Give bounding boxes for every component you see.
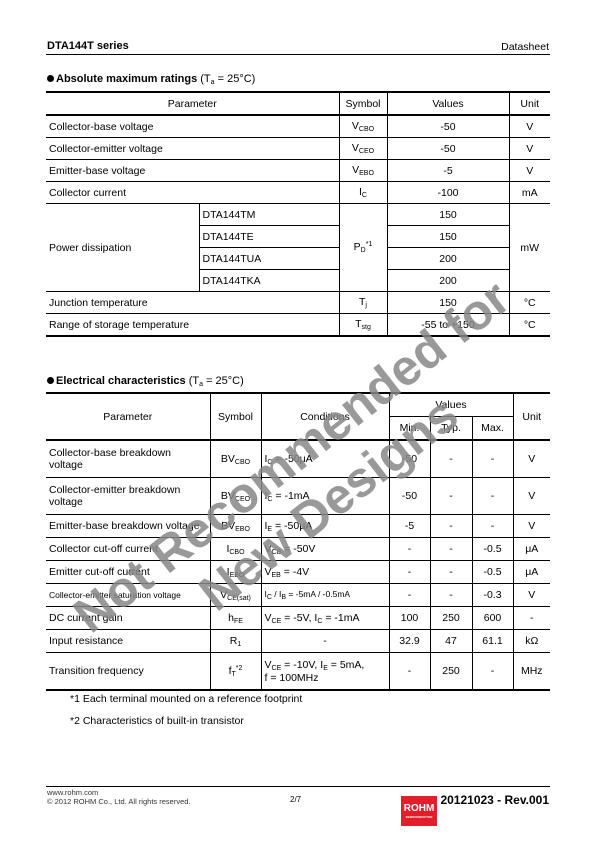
header-divider <box>46 54 550 55</box>
typ-cell: - <box>430 584 472 607</box>
part-number-cell: DTA144TKA <box>199 270 339 292</box>
absolute-max-ratings-table: Parameter Symbol Values Unit Collector-b… <box>46 91 550 337</box>
min-cell: - <box>389 584 430 607</box>
footnote-1: *1 Each terminal mounted on a reference … <box>70 693 302 705</box>
unit-cell: mA <box>509 182 550 204</box>
min-cell: 100 <box>389 607 430 630</box>
elec-section-title: Electrical characteristics (Ta = 25°C) <box>47 375 244 388</box>
table-row: Junction temperature Tj 150 °C <box>46 292 550 314</box>
typ-cell: 47 <box>430 630 472 653</box>
col-parameter: Parameter <box>46 92 339 115</box>
rohm-logo: ROHM SEMICONDUCTOR <box>401 796 437 826</box>
revision-label: 20121023 - Rev.001 <box>440 793 549 807</box>
unit-cell: °C <box>509 314 550 337</box>
parameter-cell: DC current gain <box>46 607 210 630</box>
table-row: Power dissipationDTA144TMPD*1150mW <box>46 204 550 226</box>
unit-cell: V <box>513 584 550 607</box>
unit-cell: kΩ <box>513 630 550 653</box>
table-row: Collector-base voltage VCBO -50 V <box>46 115 550 138</box>
value-cell: -55 to +150 <box>387 314 509 337</box>
symbol-cell: VCE(sat) <box>210 584 261 607</box>
col-conditions: Conditions <box>261 393 389 440</box>
abs-max-section-title: Absolute maximum ratings (Ta = 25°C) <box>47 73 255 86</box>
max-cell: - <box>472 478 513 515</box>
value-cell: 150 <box>387 204 509 226</box>
col-parameter: Parameter <box>46 393 210 440</box>
col-unit: Unit <box>513 393 550 440</box>
symbol-cell: VCEO <box>339 138 387 160</box>
max-cell: - <box>472 440 513 478</box>
conditions-cell: IC = -1mA <box>261 478 389 515</box>
unit-cell: μA <box>513 561 550 584</box>
symbol-cell: IEBO <box>210 561 261 584</box>
min-cell: - <box>389 538 430 561</box>
part-number-cell: DTA144TUA <box>199 248 339 270</box>
symbol-cell: R1 <box>210 630 261 653</box>
col-max: Max. <box>472 417 513 441</box>
table-row: Emitter cut-off current IEBO VEB = -4V -… <box>46 561 550 584</box>
footer-url[interactable]: www.rohm.com <box>47 788 191 797</box>
col-values: Values <box>389 393 513 417</box>
unit-cell: - <box>513 607 550 630</box>
footer-copyright: © 2012 ROHM Co., Ltd. All rights reserve… <box>47 797 191 806</box>
max-cell: -0.3 <box>472 584 513 607</box>
value-cell: -100 <box>387 182 509 204</box>
min-cell: -50 <box>389 478 430 515</box>
col-unit: Unit <box>509 92 550 115</box>
unit-cell: V <box>509 160 550 182</box>
parameter-cell: Collector-emitter saturation voltage <box>46 584 210 607</box>
max-cell: 61.1 <box>472 630 513 653</box>
table-row: Collector cut-off current ICBO VCB = -50… <box>46 538 550 561</box>
typ-cell: 250 <box>430 607 472 630</box>
symbol-cell: ICBO <box>210 538 261 561</box>
value-cell: -50 <box>387 115 509 138</box>
conditions-cell: - <box>261 630 389 653</box>
table-header-row: Parameter Symbol Conditions Values Unit <box>46 393 550 417</box>
conditions-cell: VCB = -50V <box>261 538 389 561</box>
bullet-icon <box>47 75 54 82</box>
unit-cell: V <box>509 138 550 160</box>
parameter-cell: Collector-emitter voltage <box>46 138 339 160</box>
max-cell: 600 <box>472 607 513 630</box>
conditions-cell: IC = -50μA <box>261 440 389 478</box>
parameter-cell: Range of storage temperature <box>46 314 339 337</box>
symbol-cell: Tj <box>339 292 387 314</box>
part-number-cell: DTA144TM <box>199 204 339 226</box>
max-cell: - <box>472 515 513 538</box>
part-number-cell: DTA144TE <box>199 226 339 248</box>
symbol-cell: Tstg <box>339 314 387 337</box>
unit-cell: V <box>513 478 550 515</box>
col-symbol: Symbol <box>210 393 261 440</box>
unit-cell: mW <box>509 204 550 292</box>
document-series-title: DTA144T series <box>47 40 129 52</box>
typ-cell: - <box>430 478 472 515</box>
table-row: Collector-emitter breakdown voltage BVCE… <box>46 478 550 515</box>
document-type-label: Datasheet <box>501 41 549 53</box>
footer-divider <box>46 786 550 787</box>
max-cell: - <box>472 653 513 691</box>
parameter-cell: Input resistance <box>46 630 210 653</box>
table-row: Range of storage temperature Tstg -55 to… <box>46 314 550 337</box>
table-row: Collector-emitter voltage VCEO -50 V <box>46 138 550 160</box>
symbol-cell: IC <box>339 182 387 204</box>
parameter-cell: Junction temperature <box>46 292 339 314</box>
min-cell: -50 <box>389 440 430 478</box>
table-row: Transition frequency fT*2 VCE = -10V, IE… <box>46 653 550 691</box>
unit-cell: μA <box>513 538 550 561</box>
bullet-icon <box>47 377 54 384</box>
conditions-cell: VEB = -4V <box>261 561 389 584</box>
table-row: Collector current IC -100 mA <box>46 182 550 204</box>
symbol-cell: BVCBO <box>210 440 261 478</box>
footnote-2: *2 Characteristics of built-in transisto… <box>70 715 244 727</box>
min-cell: 32.9 <box>389 630 430 653</box>
symbol-cell: PD*1 <box>339 204 387 292</box>
table-row: Input resistance R1 - 32.9 47 61.1 kΩ <box>46 630 550 653</box>
parameter-cell: Emitter cut-off current <box>46 561 210 584</box>
table-row: Collector-emitter saturation voltage VCE… <box>46 584 550 607</box>
unit-cell: V <box>513 440 550 478</box>
parameter-cell: Collector-base breakdown voltage <box>46 440 210 478</box>
typ-cell: - <box>430 538 472 561</box>
table-row: Collector-base breakdown voltage BVCBO I… <box>46 440 550 478</box>
typ-cell: - <box>430 515 472 538</box>
value-cell: 150 <box>387 292 509 314</box>
parameter-cell: Power dissipation <box>46 204 199 292</box>
conditions-cell: VCE = -10V, IE = 5mA,f = 100MHz <box>261 653 389 691</box>
symbol-cell: fT*2 <box>210 653 261 691</box>
col-symbol: Symbol <box>339 92 387 115</box>
parameter-cell: Emitter-base voltage <box>46 160 339 182</box>
max-cell: -0.5 <box>472 561 513 584</box>
value-cell: 200 <box>387 248 509 270</box>
symbol-cell: VCBO <box>339 115 387 138</box>
col-min: Min. <box>389 417 430 441</box>
col-typ: Typ. <box>430 417 472 441</box>
unit-cell: V <box>513 515 550 538</box>
symbol-cell: BVEBO <box>210 515 261 538</box>
col-values: Values <box>387 92 509 115</box>
parameter-cell: Transition frequency <box>46 653 210 691</box>
symbol-cell: BVCEO <box>210 478 261 515</box>
value-cell: -50 <box>387 138 509 160</box>
page-number: 2/7 <box>290 795 301 804</box>
conditions-cell: IC / IB = -5mA / -0.5mA <box>261 584 389 607</box>
table-header-row: Parameter Symbol Values Unit <box>46 92 550 115</box>
min-cell: -5 <box>389 515 430 538</box>
typ-cell: - <box>430 440 472 478</box>
value-cell: 200 <box>387 270 509 292</box>
unit-cell: °C <box>509 292 550 314</box>
footer-info: www.rohm.com © 2012 ROHM Co., Ltd. All r… <box>47 788 191 806</box>
conditions-cell: IE = -50μA <box>261 515 389 538</box>
table-row: DC current gain hFE VCE = -5V, IC = -1mA… <box>46 607 550 630</box>
parameter-cell: Collector current <box>46 182 339 204</box>
parameter-cell: Collector cut-off current <box>46 538 210 561</box>
unit-cell: MHz <box>513 653 550 691</box>
table-row: Emitter-base breakdown voltage BVEBO IE … <box>46 515 550 538</box>
value-cell: 150 <box>387 226 509 248</box>
max-cell: -0.5 <box>472 538 513 561</box>
symbol-cell: VEBO <box>339 160 387 182</box>
min-cell: - <box>389 653 430 691</box>
value-cell: -5 <box>387 160 509 182</box>
table-row: Emitter-base voltage VEBO -5 V <box>46 160 550 182</box>
symbol-cell: hFE <box>210 607 261 630</box>
conditions-cell: VCE = -5V, IC = -1mA <box>261 607 389 630</box>
typ-cell: - <box>430 561 472 584</box>
min-cell: - <box>389 561 430 584</box>
parameter-cell: Collector-base voltage <box>46 115 339 138</box>
parameter-cell: Emitter-base breakdown voltage <box>46 515 210 538</box>
parameter-cell: Collector-emitter breakdown voltage <box>46 478 210 515</box>
electrical-characteristics-table: Parameter Symbol Conditions Values Unit … <box>46 392 550 691</box>
typ-cell: 250 <box>430 653 472 691</box>
unit-cell: V <box>509 115 550 138</box>
